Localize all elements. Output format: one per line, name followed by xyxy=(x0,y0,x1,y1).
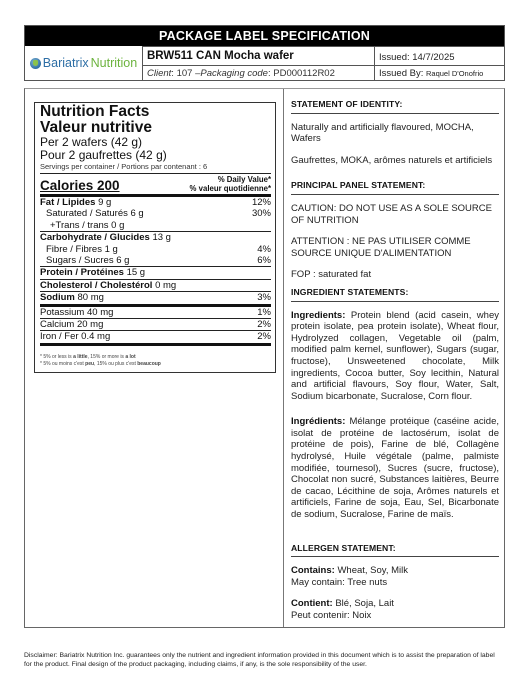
nutrient-row-cholesterol: Cholesterol / Cholestérol 0 mg xyxy=(40,279,271,291)
nutrient-row-sodium: Sodium 80 mg 3% xyxy=(40,291,271,303)
nutrient-dv: 30% xyxy=(252,208,271,219)
logo-brand-text: Bariatrix xyxy=(43,56,89,70)
dv-header-fr: % valeur quotidienne* xyxy=(190,184,271,193)
nutrient-label: Protein / Protéines xyxy=(40,267,124,278)
identity-heading: STATEMENT OF IDENTITY: xyxy=(291,99,499,114)
main-content-frame: Nutrition Facts Valeur nutritive Per 2 w… xyxy=(24,88,505,628)
document-title: PACKAGE LABEL SPECIFICATION xyxy=(25,26,504,46)
nutrient-dv: 12% xyxy=(252,197,271,208)
nutrient-amount: 0 g xyxy=(109,220,125,231)
statements-column: STATEMENT OF IDENTITY: Naturally and art… xyxy=(291,99,499,632)
packaging-code: : PD000112R02 xyxy=(268,68,335,79)
nutrient-label: +Trans / trans xyxy=(50,220,109,231)
issued-by-name: Raquel D'Onofrio xyxy=(426,69,483,78)
nutrient-dv: 2% xyxy=(257,331,271,342)
nutrient-label: Sugars / Sucres xyxy=(46,255,114,266)
nutrient-dv: 6% xyxy=(257,255,271,266)
header-table: PACKAGE LABEL SPECIFICATION Bariatrix Nu… xyxy=(24,25,505,81)
logo-brand-text-2: Nutrition xyxy=(91,56,138,70)
nutrient-amount: 1 g xyxy=(102,244,118,255)
client-packaging-code: Client: 107 – Packaging code: PD000112R0… xyxy=(143,65,375,80)
nutrient-label: Fibre / Fibres xyxy=(46,244,102,255)
nutrient-label: Fat / Lipides xyxy=(40,197,95,208)
identity-en: Naturally and artificially flavoured, MO… xyxy=(291,122,499,145)
may-contain-en: May contain: Tree nuts xyxy=(291,577,499,589)
nutrient-label: Cholesterol / Cholestérol xyxy=(40,280,152,291)
nutrient-amount: 13 g xyxy=(150,232,171,243)
daily-value-header: % Daily Value* % valeur quotidienne* xyxy=(190,175,271,193)
nutrient-label: Sodium xyxy=(40,292,75,303)
nutrient-label: Calcium xyxy=(40,319,74,330)
nutrient-amount: 9 g xyxy=(95,197,111,208)
nutrient-dv: 4% xyxy=(257,244,271,255)
issued-date: Issued: 14/7/2025 xyxy=(375,46,504,65)
nutrient-amount: 0 mg xyxy=(152,280,176,291)
nutrient-amount: 80 mg xyxy=(75,292,104,303)
nutrient-amount: 40 mg xyxy=(84,307,113,318)
nutrient-row-saturated: Saturated / Saturés 6 g 30% xyxy=(40,208,271,219)
nutrient-row-potassium: Potassium 40 mg 1% xyxy=(40,304,271,318)
may-contain-fr: Peut contenir: Noix xyxy=(291,610,499,622)
nutrient-row-fat: Fat / Lipides 9 g 12% xyxy=(40,197,271,208)
client-label: Client xyxy=(147,68,171,79)
brand-logo: Bariatrix Nutrition xyxy=(30,56,137,70)
nutrient-row-calcium: Calcium 20 mg 2% xyxy=(40,318,271,330)
nutrient-row-sugars: Sugars / Sucres 6 g 6% xyxy=(40,255,271,266)
dv-footnote: * 5% or less is a little, 15% or more is… xyxy=(40,346,271,368)
nutrient-label: Carbohydrate / Glucides xyxy=(40,232,150,243)
logo-cell: Bariatrix Nutrition xyxy=(25,46,143,80)
nutrient-amount: 6 g xyxy=(128,208,144,219)
servings-per-container: Servings per container / Portions par co… xyxy=(40,162,271,174)
nf-title-en: Nutrition Facts xyxy=(40,104,271,120)
nutrient-row-protein: Protein / Protéines 15 g xyxy=(40,266,271,278)
fop-statement: FOP : saturated fat xyxy=(291,269,499,281)
allergen-en: Contains: Wheat, Soy, Milk May contain: … xyxy=(291,565,499,588)
nutrient-row-trans: +Trans / trans 0 g xyxy=(40,220,271,231)
issued-by: Issued By: Raquel D'Onofrio xyxy=(375,65,504,80)
nutrient-amount: 0.4 mg xyxy=(79,331,111,342)
identity-fr: Gaufrettes, MOKA, arômes naturels et art… xyxy=(291,155,499,167)
nutrient-row-carbohydrate: Carbohydrate / Glucides 13 g xyxy=(40,231,271,243)
principal-panel-heading: PRINCIPAL PANEL STATEMENT: xyxy=(291,180,499,195)
ingredient-heading: INGREDIENT STATEMENTS: xyxy=(291,287,499,302)
nutrition-facts-table: Nutrition Facts Valeur nutritive Per 2 w… xyxy=(34,102,276,373)
product-name: BRW511 CAN Mocha wafer xyxy=(143,46,375,65)
ingredients-fr: Ingrédients: Mélange protéique (caséine … xyxy=(291,416,499,520)
nutrient-dv: 3% xyxy=(257,292,271,303)
client-value: : 107 – xyxy=(171,68,200,79)
nutrient-dv: 2% xyxy=(257,319,271,330)
packaging-label: Packaging code xyxy=(200,68,268,79)
nutrient-label: Potassium xyxy=(40,307,84,318)
calories-row: Calories 200 % Daily Value* % valeur quo… xyxy=(40,174,271,197)
nutrient-amount: 20 mg xyxy=(74,319,103,330)
serving-size-fr: Pour 2 gaufrettes (42 g) xyxy=(40,149,271,162)
label-spec-page: PACKAGE LABEL SPECIFICATION Bariatrix Nu… xyxy=(0,0,530,700)
nutrient-dv: 1% xyxy=(257,307,271,318)
caution-en: CAUTION: DO NOT USE AS A SOLE SOURCE OF … xyxy=(291,203,499,226)
column-divider xyxy=(283,89,284,627)
dv-footnote-en: * 5% or less is a little, 15% or more is… xyxy=(40,354,271,361)
nutrient-amount: 15 g xyxy=(124,267,145,278)
dv-header-en: % Daily Value* xyxy=(218,175,271,184)
allergen-fr: Contient: Blé, Soja, Lait Peut contenir:… xyxy=(291,598,499,621)
nutrient-label: Saturated / Saturés xyxy=(46,208,128,219)
nf-title-fr: Valeur nutritive xyxy=(40,120,271,136)
nutrient-row-fibre: Fibre / Fibres 1 g 4% xyxy=(40,244,271,255)
allergen-heading: ALLERGEN STATEMENT: xyxy=(291,543,499,558)
nutrient-amount: 6 g xyxy=(114,255,130,266)
ingredients-en: Ingredients: Protein blend (acid casein,… xyxy=(291,310,499,403)
calories: Calories 200 xyxy=(40,178,120,193)
nutrient-label: Iron / Fer xyxy=(40,331,79,342)
bariatrix-logo-icon xyxy=(30,58,41,69)
issued-by-label: Issued By: xyxy=(379,68,423,79)
dv-footnote-fr: * 5% ou moins c'est peu, 15% ou plus c'e… xyxy=(40,361,271,368)
disclaimer: Disclaimer: Bariatrix Nutrition Inc. gua… xyxy=(24,651,504,669)
nutrient-row-iron: Iron / Fer 0.4 mg 2% xyxy=(40,330,271,345)
caution-fr: ATTENTION : NE PAS UTILISER COMME SOURCE… xyxy=(291,236,499,259)
